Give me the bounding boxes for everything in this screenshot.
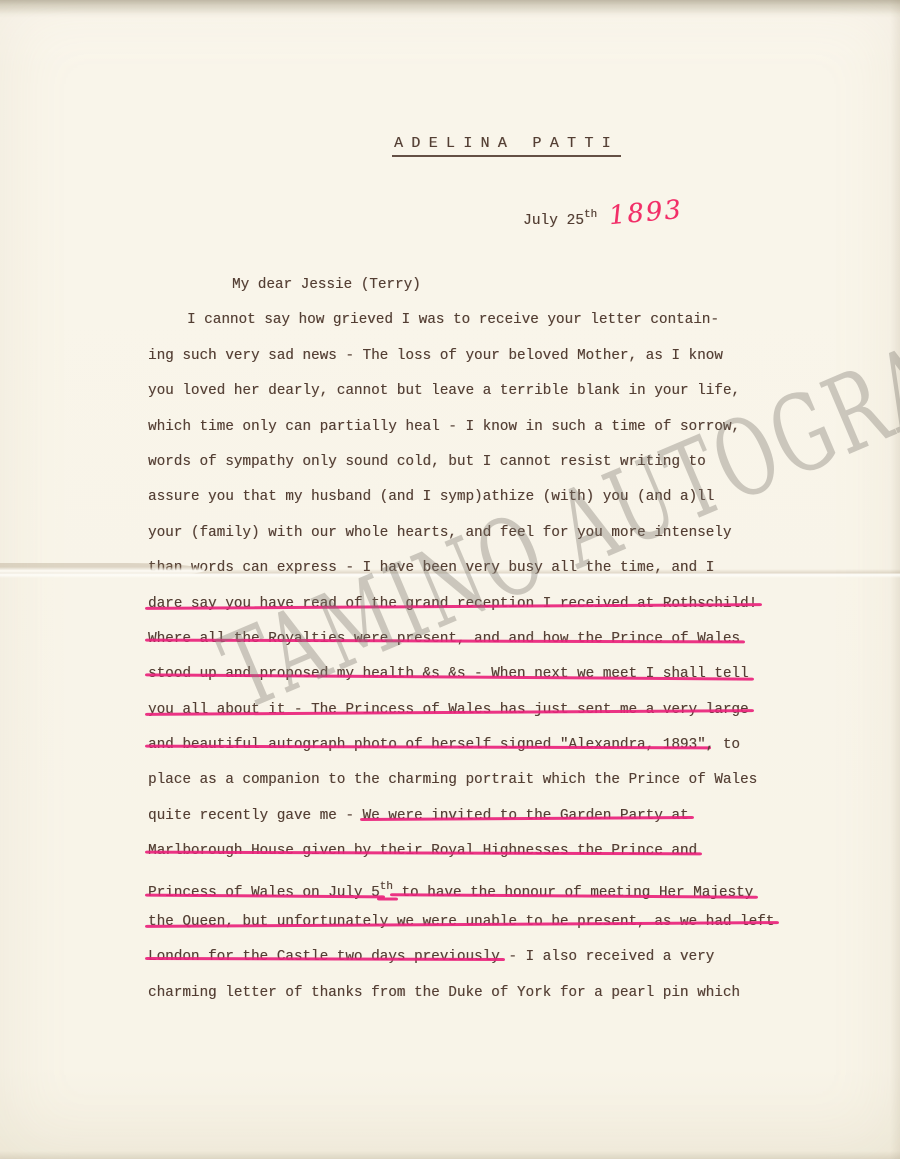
letter-line: quite recently gave me - We were invited… [148,799,848,834]
letter-line: stood up and proposed my health &s &s - … [148,657,848,692]
underlined-typed-text: you all about it - The Princess of Wales… [148,702,749,718]
paper-bottom-edge [0,1151,900,1159]
paper-top-edge [0,0,900,16]
typed-text: My dear Jessie (Terry) [232,277,421,293]
underlined-typed-text: dare say you have read of the grand rece… [148,596,757,612]
handwritten-year: 1893 [608,195,685,231]
letter-line: and beautiful autograph photo of herself… [148,728,848,763]
letter-line: charming letter of thanks from the Duke … [148,976,848,1011]
typed-text: charming letter of thanks from the Duke … [148,985,740,1001]
letter-line: London for the Castle two days previousl… [148,940,848,975]
letter-line: words of sympathy only sound cold, but I… [148,445,848,480]
typed-text: your (family) with our whole hearts, and… [148,525,731,541]
typed-text: you loved her dearly, cannot but leave a… [148,383,740,399]
letter-line: My dear Jessie (Terry) [148,268,848,303]
typed-text: I cannot say how grieved I was to receiv… [187,312,719,328]
letter-line: place as a companion to the charming por… [148,763,848,798]
letter-line: your (family) with our whole hearts, and… [148,516,848,551]
underlined-typed-text: Marlborough House given by their Royal H… [148,843,697,859]
underlined-typed-text: Princess of Wales on July 5 [148,885,380,901]
underlined-typed-text: We were invited to the Garden Party at [363,808,689,824]
typed-text: words of sympathy only sound cold, but I… [148,454,706,470]
letter-line: dare say you have read of the grand rece… [148,587,848,622]
underlined-typed-text: th [380,881,393,893]
underlined-typed-text: London for the Castle two days previousl… [148,949,500,965]
letter-line: which time only can partially heal - I k… [148,410,848,445]
typed-text: - I also received a very [500,949,715,965]
letter-line: Marlborough House given by their Royal H… [148,834,848,869]
letter-title: ADELINA PATTI [392,135,621,157]
typed-text: ing such very sad news - The loss of you… [148,348,723,364]
typed-text: , to [706,737,740,753]
letter-line: Princess of Wales on July 5th to have th… [148,870,848,905]
typed-text: assure you that my husband (and I symp)a… [148,489,714,505]
fold-crease-left-tear [0,563,205,577]
underlined-typed-text: Where all the Royalties were present, an… [148,631,740,647]
typed-date: July 25 [523,213,584,229]
letter-line: you loved her dearly, cannot but leave a… [148,374,848,409]
letter-body: My dear Jessie (Terry)I cannot say how g… [148,268,848,1011]
letter-page: ADELINA PATTI July 25th1893 My dear Jess… [0,0,900,1159]
date-line: July 25th1893 [523,201,683,247]
date-ordinal-suffix: th [584,209,597,221]
typed-text: quite recently gave me - [148,808,363,824]
underlined-typed-text: the Queen, but unfortunately we were una… [148,914,774,930]
letter-line: ing such very sad news - The loss of you… [148,339,848,374]
typed-text: place as a companion to the charming por… [148,772,757,788]
letter-line: you all about it - The Princess of Wales… [148,693,848,728]
letter-line: assure you that my husband (and I symp)a… [148,480,848,515]
underlined-typed-text: to have the honour of meeting Her Majest… [393,885,753,901]
underlined-typed-text: and beautiful autograph photo of herself… [148,737,706,753]
paper-right-edge [890,0,900,1159]
letter-line: the Queen, but unfortunately we were una… [148,905,848,940]
letter-line: Where all the Royalties were present, an… [148,622,848,657]
typed-text: which time only can partially heal - I k… [148,419,740,435]
underlined-typed-text: stood up and proposed my health &s &s - … [148,666,749,682]
letter-line: I cannot say how grieved I was to receiv… [148,303,848,338]
